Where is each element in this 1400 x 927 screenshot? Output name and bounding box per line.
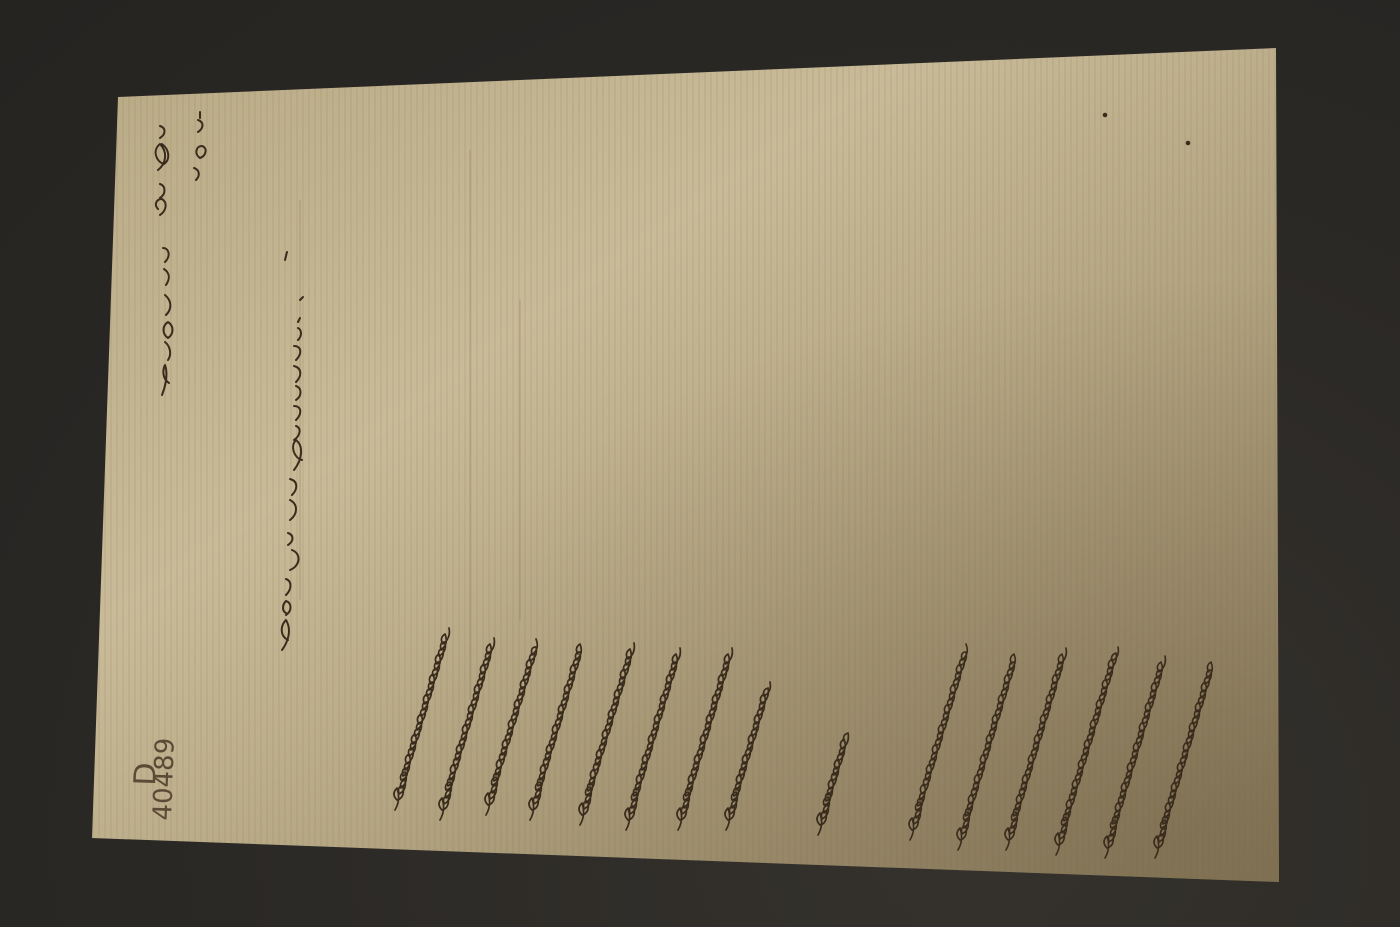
archive-mark-number: 40489	[148, 737, 181, 821]
letter-paper	[0, 0, 1400, 927]
